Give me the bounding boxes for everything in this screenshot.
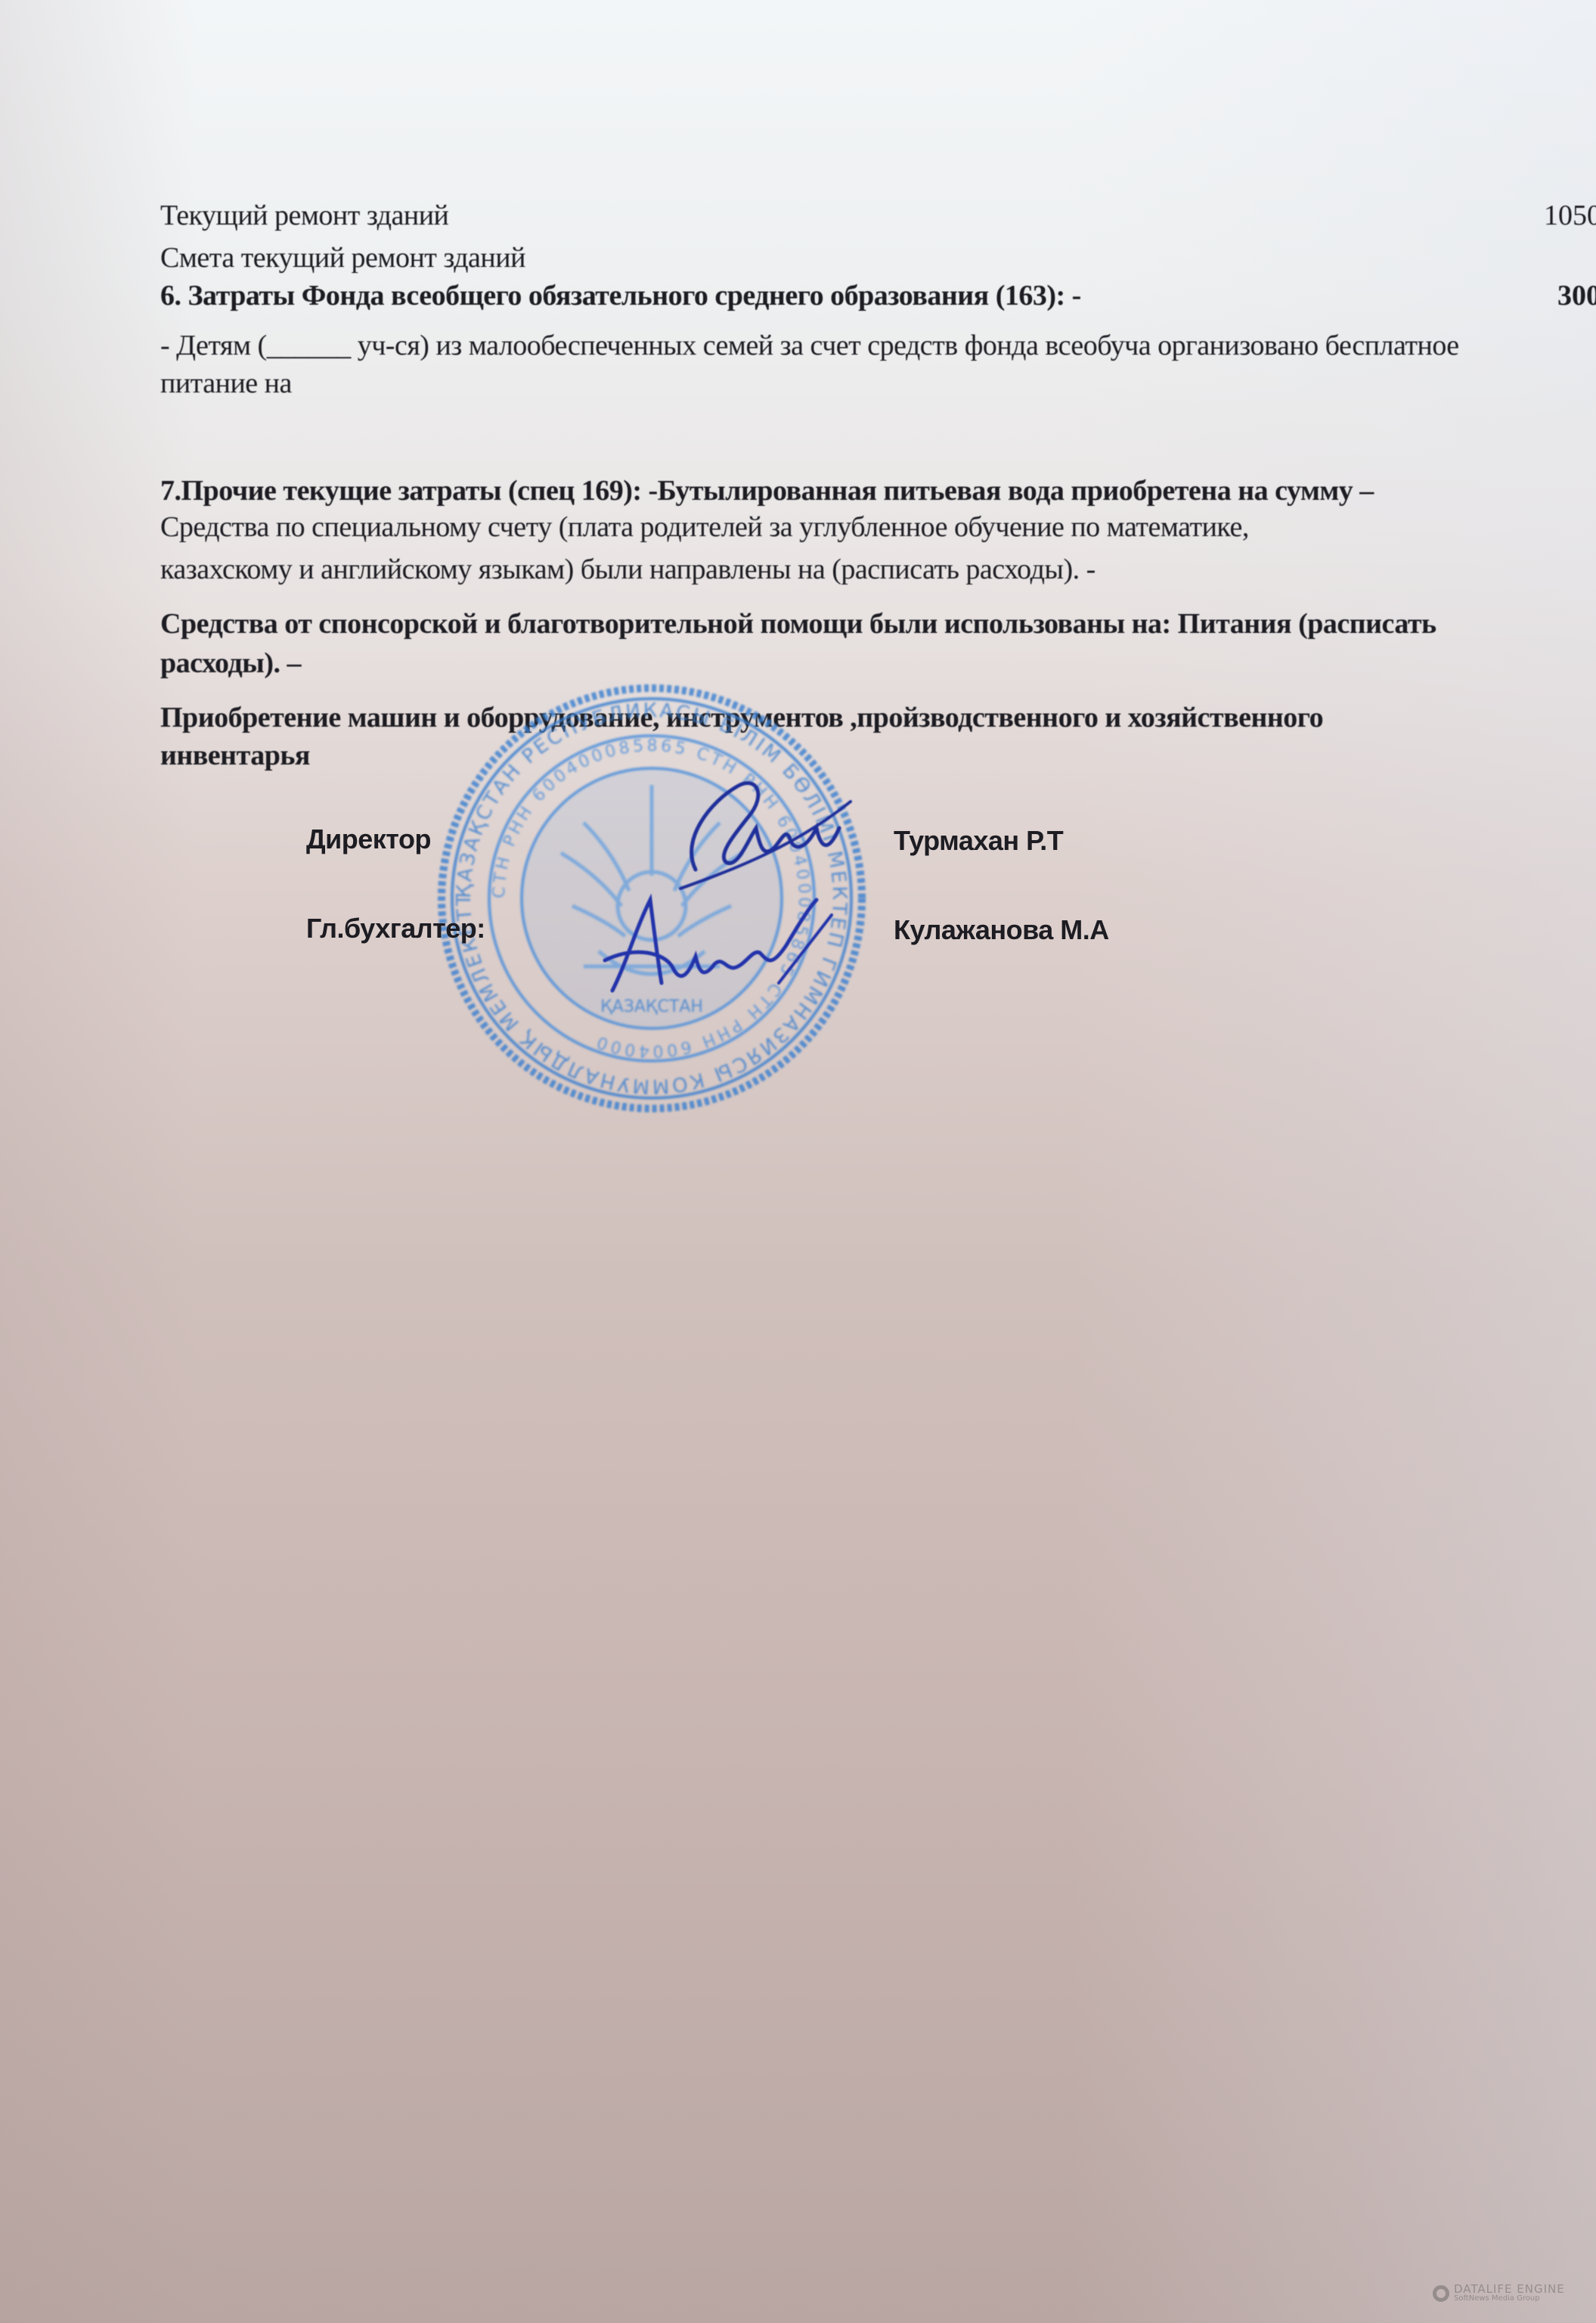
- section-6-heading: 6. Затраты Фонда всеобщего обязательного…: [160, 278, 1081, 313]
- sponsor-funds-line-2: расходы). –: [160, 646, 301, 681]
- equipment-line-2: инвентарья: [160, 738, 310, 773]
- watermark: DataLife Engine SoftNews Media Group: [1433, 2284, 1565, 2303]
- section-7-heading: 7.Прочие текущие затраты (спец 169): -Бу…: [160, 473, 1374, 508]
- children-meals-line-2: питание на: [160, 366, 292, 401]
- special-account-line-1: Средства по специальному счету (плата ро…: [160, 510, 1249, 544]
- director-label: Директор: [306, 823, 431, 856]
- section-6-amount: 300: [1557, 278, 1596, 313]
- chief-accountant-name: Кулажанова М.А: [894, 913, 1109, 947]
- repair-estimate-line: Смета текущий ремонт зданий: [160, 240, 525, 275]
- special-account-line-2: казахскому и английскому языкам) были на…: [160, 552, 1096, 587]
- sponsor-funds-line-1: Средства от спонсорской и благотворитель…: [160, 606, 1436, 641]
- director-name: Турмахан Р.Т: [894, 824, 1063, 858]
- director-signature: [665, 756, 862, 900]
- watermark-subtitle: SoftNews Media Group: [1454, 2295, 1565, 2303]
- chief-accountant-label: Гл.бухгалтер:: [306, 912, 485, 945]
- watermark-title: DataLife Engine: [1454, 2284, 1565, 2295]
- children-meals-line-1: - Детям (______ уч-ся) из малообеспеченн…: [160, 328, 1459, 363]
- repair-line: Текущий ремонт зданий: [160, 198, 448, 233]
- repair-amount: 1050: [1544, 198, 1596, 233]
- datalife-logo-icon: [1433, 2285, 1449, 2302]
- accountant-signature: [582, 885, 839, 1006]
